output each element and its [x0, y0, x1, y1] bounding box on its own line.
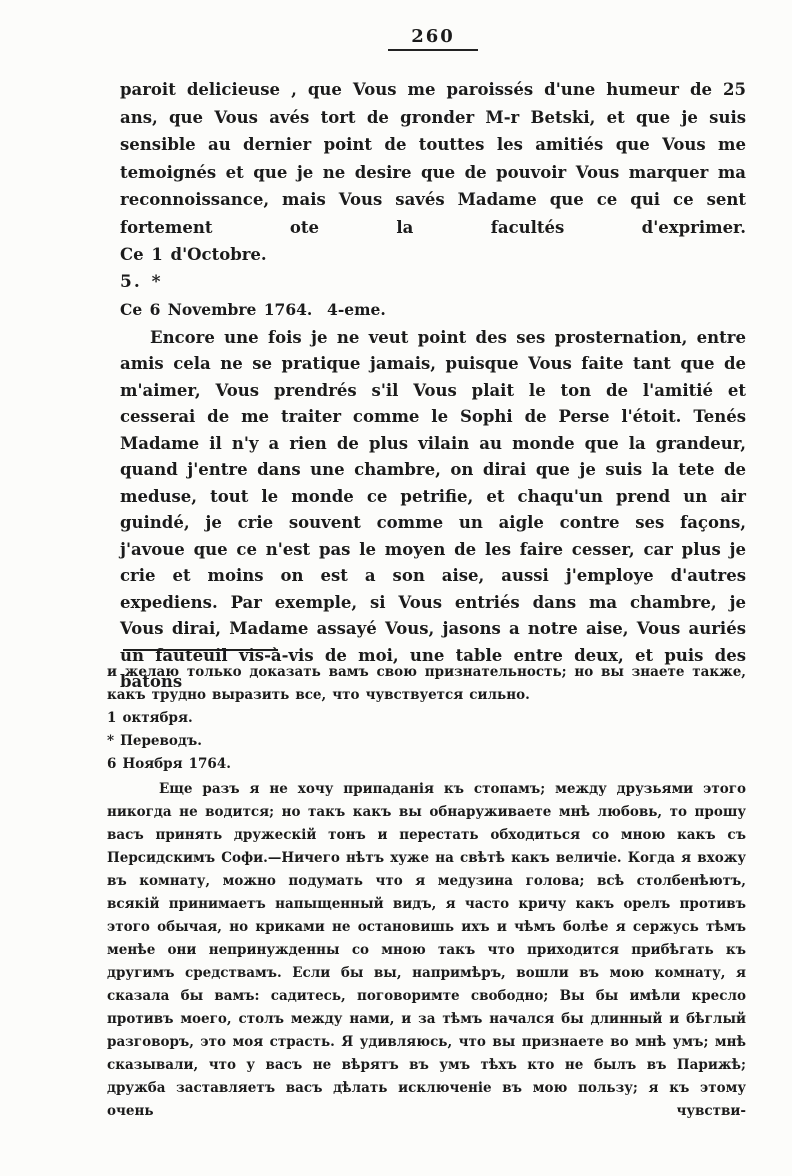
section-number-heading: 5. *	[120, 269, 746, 297]
footnote-translation-date: 6 Ноября 1764.	[107, 753, 746, 776]
letter-body-paragraph: Encore une fois je ne veut point des ses…	[120, 325, 746, 696]
footnote-translation-paragraph: Еще разъ я не хочу припаданія къ стопамъ…	[107, 778, 746, 1123]
footnote-translation-label: * Переводъ.	[107, 730, 746, 753]
scanned-book-page: 260 paroit delicieuse , que Vous me paro…	[0, 0, 792, 1176]
letter-dateline-october: Ce 1 d'Octobre.	[120, 241, 746, 269]
letter-dateline-november: Ce 6 Novembre 1764. 4-eme.	[120, 296, 746, 324]
footnote-continuation-paragraph: и желаю только доказать вамъ свою призна…	[107, 661, 746, 707]
russian-footnote: и желаю только доказать вамъ свою призна…	[107, 661, 746, 1123]
letter-continuation-paragraph: paroit delicieuse , que Vous me paroissé…	[120, 76, 746, 241]
footnote-separator-rule	[123, 649, 278, 651]
page-number: 260	[120, 26, 746, 48]
running-head: 260	[120, 26, 746, 51]
page-number-rule	[388, 49, 478, 51]
footnote-dateline: 1 октября.	[107, 707, 746, 730]
french-letter-text: paroit delicieuse , que Vous me paroissé…	[120, 76, 746, 696]
